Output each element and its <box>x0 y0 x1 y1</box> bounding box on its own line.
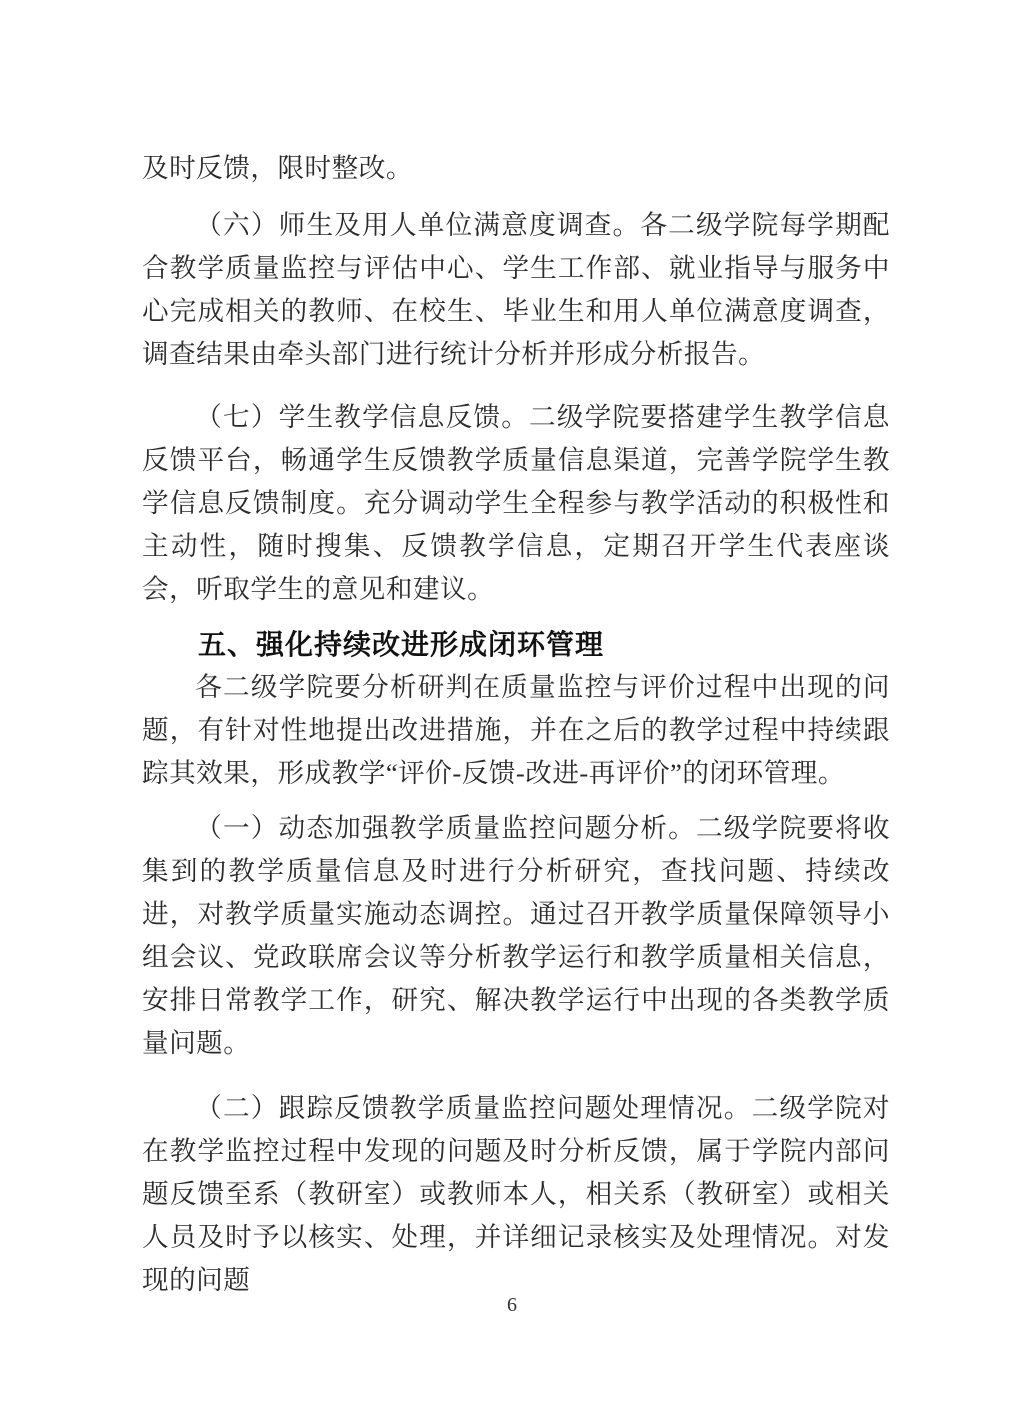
paragraph-continuation: 及时反馈，限时整改。 <box>142 147 890 190</box>
paragraph-section-intro: 各二级学院要分析研判在质量监控与评价过程中出现的问题，有针对性地提出改进措施，并… <box>142 666 890 795</box>
paragraph-item-2: （二）跟踪反馈教学质量监控问题处理情况。二级学院对在教学监控过程中发现的问题及时… <box>142 1087 890 1302</box>
page-number: 6 <box>0 1292 1024 1318</box>
paragraph-item-6: （六）师生及用人单位满意度调查。各二级学院每学期配合教学质量监控与评估中心、学生… <box>142 204 890 376</box>
section-heading-5: 五、强化持续改进形成闭环管理 <box>142 623 890 666</box>
document-page: 及时反馈，限时整改。 （六）师生及用人单位满意度调查。各二级学院每学期配合教学质… <box>0 0 1024 1405</box>
document-body: 及时反馈，限时整改。 （六）师生及用人单位满意度调查。各二级学院每学期配合教学质… <box>142 147 890 1302</box>
paragraph-item-1: （一）动态加强教学质量监控问题分析。二级学院要将收集到的教学质量信息及时进行分析… <box>142 807 890 1065</box>
paragraph-item-7: （七）学生教学信息反馈。二级学院要搭建学生教学信息反馈平台，畅通学生反馈教学质量… <box>142 396 890 611</box>
